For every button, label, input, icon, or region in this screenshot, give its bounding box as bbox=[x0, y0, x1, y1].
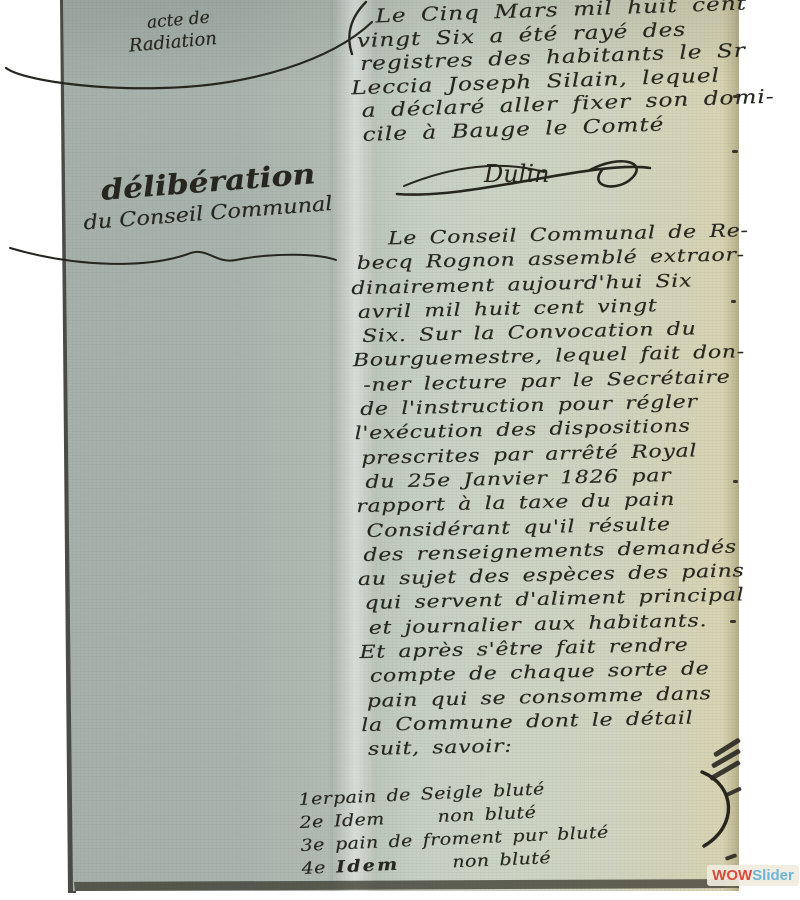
signature-flourish: Dulin bbox=[392, 148, 672, 210]
wowslider-watermark[interactable]: WOWSlider bbox=[707, 865, 799, 886]
deliberation-body-text: Le Conseil Communal de Re- becq Rognon a… bbox=[356, 219, 749, 762]
bread-list-label: Idem bbox=[334, 809, 385, 830]
bread-list-suffix bbox=[661, 820, 662, 839]
bread-list-ordinal: 4e bbox=[301, 855, 336, 879]
bread-list-suffix bbox=[597, 777, 598, 796]
bread-list-suffix: non bluté bbox=[452, 848, 552, 871]
bread-list-label: Idem bbox=[336, 855, 400, 877]
ink-speck bbox=[732, 150, 738, 153]
radiation-act-text: Le Cinq Mars mil huit cent vingt Six a é… bbox=[358, 0, 743, 147]
bread-types-list: 1erpain de Seigle bluté 2eIdemnon bluté … bbox=[298, 769, 739, 880]
bread-list-ordinal: 1er bbox=[298, 786, 333, 810]
bread-list-suffix: non bluté bbox=[437, 803, 537, 826]
photo-canvas: acte de Radiation Le Cinq Mars mil huit … bbox=[0, 0, 800, 900]
watermark-wow: WOW bbox=[712, 867, 752, 884]
bread-list-ordinal: 3e bbox=[300, 832, 335, 856]
signature-dulin: Dulin bbox=[392, 148, 672, 214]
flourish-under-heading bbox=[8, 238, 340, 276]
bread-list-ordinal: 2e bbox=[299, 809, 334, 833]
signature-name: Dulin bbox=[483, 160, 550, 188]
flourish-under-margin-note bbox=[2, 8, 380, 100]
watermark-slider: Slider bbox=[752, 867, 794, 884]
closing-brace-mark bbox=[694, 768, 742, 850]
